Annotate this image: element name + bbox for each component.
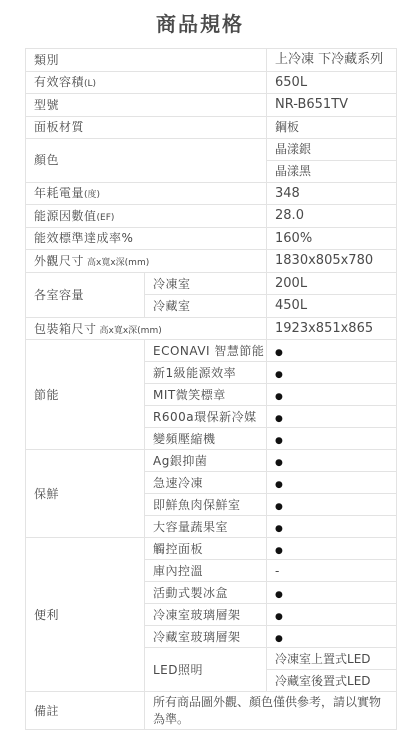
row-dimensions: 外觀尺寸高x寬x深(mm) 1830x805x780	[26, 250, 397, 273]
capacity-label-suffix: (L)	[84, 79, 96, 89]
row-compartments: 各室容量 冷凍室 200L	[26, 272, 397, 295]
row-label-compartments: 各室容量	[26, 272, 145, 317]
row-package-dimensions: 包裝箱尺寸高x寬x深(mm) 1923x851x865	[26, 317, 397, 340]
bullet-mark: ●	[275, 458, 283, 468]
bullet-mark: ●	[275, 392, 283, 402]
row-value-panel-material: 鋼板	[267, 116, 397, 138]
feature-mark-cell: ●	[267, 472, 397, 494]
energy-factor-label-suffix: (EF)	[97, 213, 115, 223]
compartment-value-fridge: 450L	[267, 295, 397, 318]
bullet-mark: ●	[275, 502, 283, 512]
feature-name: 即鮮魚肉保鮮室	[145, 494, 267, 516]
feature-mark-cell: ●	[267, 406, 397, 428]
package-dimensions-label: 包裝箱尺寸	[34, 322, 97, 336]
feature-name: 觸控面板	[145, 538, 267, 560]
row-panel-material: 面板材質 鋼板	[26, 116, 397, 138]
feature-mark-cell: ●	[267, 428, 397, 450]
compartment-name-freezer: 冷凍室	[145, 272, 267, 295]
feature-mark-cell: ●	[267, 494, 397, 516]
row-label-annual-power: 年耗電量(度)	[26, 182, 267, 205]
dash-mark: -	[275, 564, 279, 578]
group-label-energy-saving: 節能	[26, 340, 145, 450]
row-label-color: 顏色	[26, 138, 267, 182]
compartment-value-freezer: 200L	[267, 272, 397, 295]
spec-table: 類別 上冷凍 下冷藏系列 有效容積(L) 650L 型號 NR-B651TV 面…	[25, 48, 397, 730]
feature-name: 庫內控溫	[145, 560, 267, 582]
row-energy-saving: 節能 ECONAVI 智慧節能 ●	[26, 340, 397, 362]
annual-power-label-suffix: (度)	[84, 190, 100, 200]
row-label-efficiency-rate: 能效標準達成率%	[26, 227, 267, 250]
row-freshness: 保鮮 Ag銀抑菌 ●	[26, 450, 397, 472]
feature-mark-cell: ●	[267, 340, 397, 362]
row-label-model: 型號	[26, 94, 267, 117]
bullet-mark: ●	[275, 590, 283, 600]
bullet-mark: ●	[275, 480, 283, 490]
feature-name: 急速冷凍	[145, 472, 267, 494]
row-value-category: 上冷凍 下冷藏系列	[267, 49, 397, 72]
row-color: 顏色 晶漾銀	[26, 138, 397, 160]
color-value-silver: 晶漾銀	[267, 138, 397, 160]
annual-power-label: 年耗電量	[34, 186, 84, 200]
compartment-name-fridge: 冷藏室	[145, 295, 267, 318]
row-value-notes: 所有商品圖外觀、顏色僅供參考，請以實物為準。	[145, 692, 397, 729]
row-label-package-dimensions: 包裝箱尺寸高x寬x深(mm)	[26, 317, 267, 340]
feature-mark-cell: ●	[267, 450, 397, 472]
row-category: 類別 上冷凍 下冷藏系列	[26, 49, 397, 72]
feature-name: 新1級能源效率	[145, 362, 267, 384]
led-value-freezer: 冷凍室上置式LED	[267, 648, 397, 670]
row-value-capacity: 650L	[267, 71, 397, 94]
energy-factor-label: 能源因數值	[34, 209, 97, 223]
page-title: 商品規格	[0, 8, 400, 37]
led-lighting-label: LED照明	[145, 648, 267, 692]
row-label-energy-factor: 能源因數值(EF)	[26, 205, 267, 228]
bullet-mark: ●	[275, 634, 283, 644]
bullet-mark: ●	[275, 436, 283, 446]
feature-mark-cell: ●	[267, 362, 397, 384]
feature-mark-cell: -	[267, 560, 397, 582]
feature-mark-cell: ●	[267, 516, 397, 538]
row-value-energy-factor: 28.0	[267, 205, 397, 228]
feature-mark-cell: ●	[267, 582, 397, 604]
feature-name: R600a環保新冷媒	[145, 406, 267, 428]
row-convenience: 便利 觸控面板 ●	[26, 538, 397, 560]
feature-name: 冷藏室玻璃層架	[145, 626, 267, 648]
row-label-category: 類別	[26, 49, 267, 72]
row-value-dimensions: 1830x805x780	[267, 250, 397, 273]
group-label-convenience: 便利	[26, 538, 145, 692]
row-efficiency-rate: 能效標準達成率% 160%	[26, 227, 397, 250]
row-label-panel-material: 面板材質	[26, 116, 267, 138]
feature-mark-cell: ●	[267, 604, 397, 626]
row-value-package-dimensions: 1923x851x865	[267, 317, 397, 340]
feature-name: 大容量蔬果室	[145, 516, 267, 538]
dimensions-label: 外觀尺寸	[34, 254, 84, 268]
row-label-dimensions: 外觀尺寸高x寬x深(mm)	[26, 250, 267, 273]
feature-mark-cell: ●	[267, 538, 397, 560]
row-value-efficiency-rate: 160%	[267, 227, 397, 250]
row-label-notes: 備註	[26, 692, 145, 729]
row-model: 型號 NR-B651TV	[26, 94, 397, 117]
bullet-mark: ●	[275, 414, 283, 424]
feature-mark-cell: ●	[267, 384, 397, 406]
group-label-freshness: 保鮮	[26, 450, 145, 538]
row-notes: 備註 所有商品圖外觀、顏色僅供參考，請以實物為準。	[26, 692, 397, 729]
row-label-capacity: 有效容積(L)	[26, 71, 267, 94]
capacity-label: 有效容積	[34, 75, 84, 89]
feature-name: 變頻壓縮機	[145, 428, 267, 450]
bullet-mark: ●	[275, 546, 283, 556]
feature-name: Ag銀抑菌	[145, 450, 267, 472]
bullet-mark: ●	[275, 348, 283, 358]
dimensions-label-suffix: 高x寬x深(mm)	[87, 258, 149, 268]
row-annual-power: 年耗電量(度) 348	[26, 182, 397, 205]
feature-name: ECONAVI 智慧節能	[145, 340, 267, 362]
row-value-model: NR-B651TV	[267, 94, 397, 117]
feature-name: MIT微笑標章	[145, 384, 267, 406]
color-value-black: 晶漾黑	[267, 160, 397, 182]
bullet-mark: ●	[275, 612, 283, 622]
feature-name: 冷凍室玻璃層架	[145, 604, 267, 626]
feature-mark-cell: ●	[267, 626, 397, 648]
package-dimensions-label-suffix: 高x寬x深(mm)	[100, 326, 162, 336]
feature-name: 活動式製冰盒	[145, 582, 267, 604]
product-spec-page: 商品規格 類別 上冷凍 下冷藏系列 有效容積(L) 650L 型號 NR-B65…	[0, 0, 400, 749]
bullet-mark: ●	[275, 370, 283, 380]
row-energy-factor: 能源因數值(EF) 28.0	[26, 205, 397, 228]
row-capacity: 有效容積(L) 650L	[26, 71, 397, 94]
led-value-fridge: 冷藏室後置式LED	[267, 670, 397, 692]
bullet-mark: ●	[275, 524, 283, 534]
row-value-annual-power: 348	[267, 182, 397, 205]
